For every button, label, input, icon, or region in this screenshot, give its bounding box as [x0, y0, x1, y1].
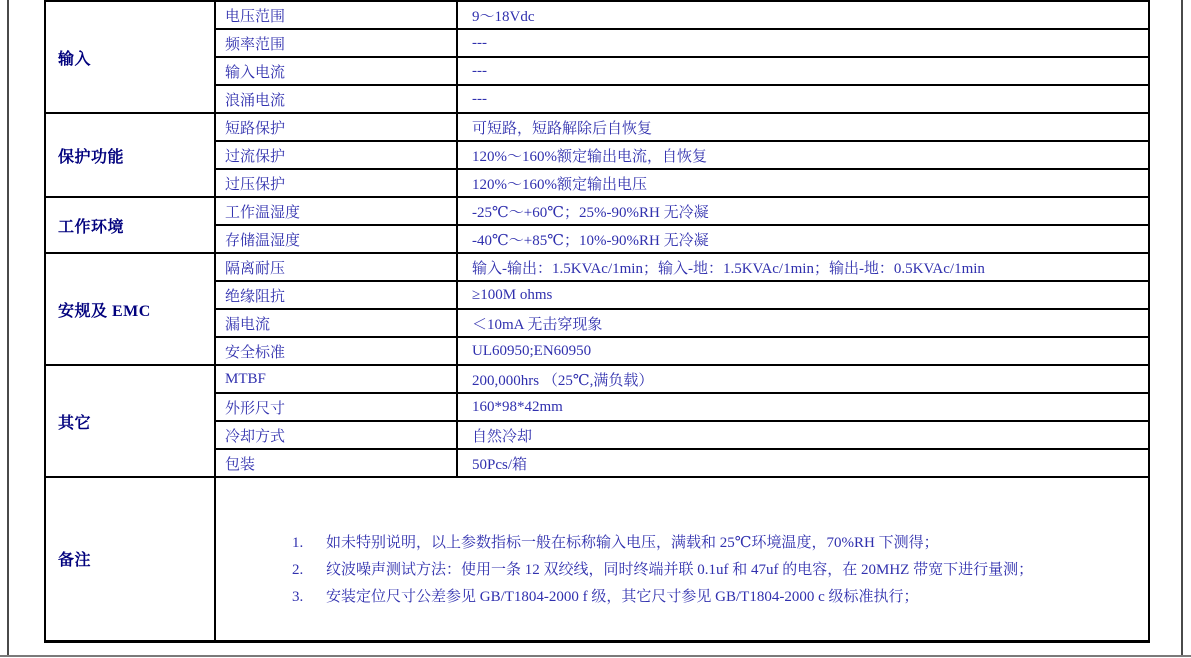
param-cell: 包装 — [215, 449, 457, 477]
table-row: 保护功能短路保护可短路，短路解除后自恢复 — [45, 113, 1149, 141]
value-cell: --- — [457, 85, 1149, 113]
notes-row: 备注1.如未特别说明，以上参数指标一般在标称输入电压，满载和 25℃环境温度，7… — [45, 477, 1149, 641]
table-row: 输入电压范围9～18Vdc — [45, 1, 1149, 29]
note-text: 如未特别说明，以上参数指标一般在标称输入电压，满载和 25℃环境温度，70%RH… — [326, 530, 1138, 557]
value-cell: 自然冷却 — [457, 421, 1149, 449]
note-item: 3.安装定位尺寸公差参见 GB/T1804-2000 f 级，其它尺寸参见 GB… — [292, 584, 1138, 611]
value-cell: 输入-输出：1.5KVAc/1min；输入-地：1.5KVAc/1min；输出-… — [457, 253, 1149, 281]
param-cell: 安全标准 — [215, 337, 457, 365]
category-cell: 安规及 EMC — [45, 253, 215, 365]
note-item: 1.如未特别说明，以上参数指标一般在标称输入电压，满载和 25℃环境温度，70%… — [292, 530, 1138, 557]
note-number: 2. — [292, 557, 326, 584]
value-cell: --- — [457, 29, 1149, 57]
value-cell: ≥100M ohms — [457, 281, 1149, 309]
param-cell: 漏电流 — [215, 309, 457, 337]
note-text: 纹波噪声测试方法：使用一条 12 双绞线，同时终端并联 0.1uf 和 47uf… — [326, 557, 1138, 584]
param-cell: 隔离耐压 — [215, 253, 457, 281]
notes-cell: 1.如未特别说明，以上参数指标一般在标称输入电压，满载和 25℃环境温度，70%… — [215, 477, 1149, 641]
param-cell: 绝缘阻抗 — [215, 281, 457, 309]
value-cell: 200,000hrs （25℃,满负载） — [457, 365, 1149, 393]
param-cell: 电压范围 — [215, 1, 457, 29]
category-cell: 备注 — [45, 477, 215, 641]
table-row: 安规及 EMC隔离耐压输入-输出：1.5KVAc/1min；输入-地：1.5KV… — [45, 253, 1149, 281]
param-cell: 冷却方式 — [215, 421, 457, 449]
value-cell: UL60950;EN60950 — [457, 337, 1149, 365]
note-text: 安装定位尺寸公差参见 GB/T1804-2000 f 级，其它尺寸参见 GB/T… — [326, 584, 1138, 611]
param-cell: 过压保护 — [215, 169, 457, 197]
category-cell: 其它 — [45, 365, 215, 477]
category-cell: 保护功能 — [45, 113, 215, 197]
note-number: 1. — [292, 530, 326, 557]
value-cell: -40℃～+85℃；10%-90%RH 无冷凝 — [457, 225, 1149, 253]
value-cell: 可短路，短路解除后自恢复 — [457, 113, 1149, 141]
note-number: 3. — [292, 584, 326, 611]
spec-table: 输入电压范围9～18Vdc频率范围---输入电流---浪涌电流---保护功能短路… — [44, 0, 1150, 643]
note-item: 2.纹波噪声测试方法：使用一条 12 双绞线，同时终端并联 0.1uf 和 47… — [292, 557, 1138, 584]
page-right-border — [1181, 0, 1183, 655]
value-cell: 50Pcs/箱 — [457, 449, 1149, 477]
param-cell: 输入电流 — [215, 57, 457, 85]
value-cell: 120%～160%额定输出电压 — [457, 169, 1149, 197]
param-cell: 过流保护 — [215, 141, 457, 169]
value-cell: 120%～160%额定输出电流，自恢复 — [457, 141, 1149, 169]
param-cell: MTBF — [215, 365, 457, 393]
value-cell: 9～18Vdc — [457, 1, 1149, 29]
category-cell: 输入 — [45, 1, 215, 113]
param-cell: 浪涌电流 — [215, 85, 457, 113]
param-cell: 短路保护 — [215, 113, 457, 141]
param-cell: 工作温湿度 — [215, 197, 457, 225]
param-cell: 存储温湿度 — [215, 225, 457, 253]
param-cell: 外形尺寸 — [215, 393, 457, 421]
page-bottom-border — [0, 655, 1191, 657]
value-cell: --- — [457, 57, 1149, 85]
value-cell: 160*98*42mm — [457, 393, 1149, 421]
table-row: 其它MTBF200,000hrs （25℃,满负载） — [45, 365, 1149, 393]
value-cell: -25℃～+60℃；25%-90%RH 无冷凝 — [457, 197, 1149, 225]
param-cell: 频率范围 — [215, 29, 457, 57]
category-cell: 工作环境 — [45, 197, 215, 253]
table-row: 工作环境工作温湿度-25℃～+60℃；25%-90%RH 无冷凝 — [45, 197, 1149, 225]
value-cell: ＜10mA 无击穿现象 — [457, 309, 1149, 337]
page-left-border — [7, 0, 9, 655]
